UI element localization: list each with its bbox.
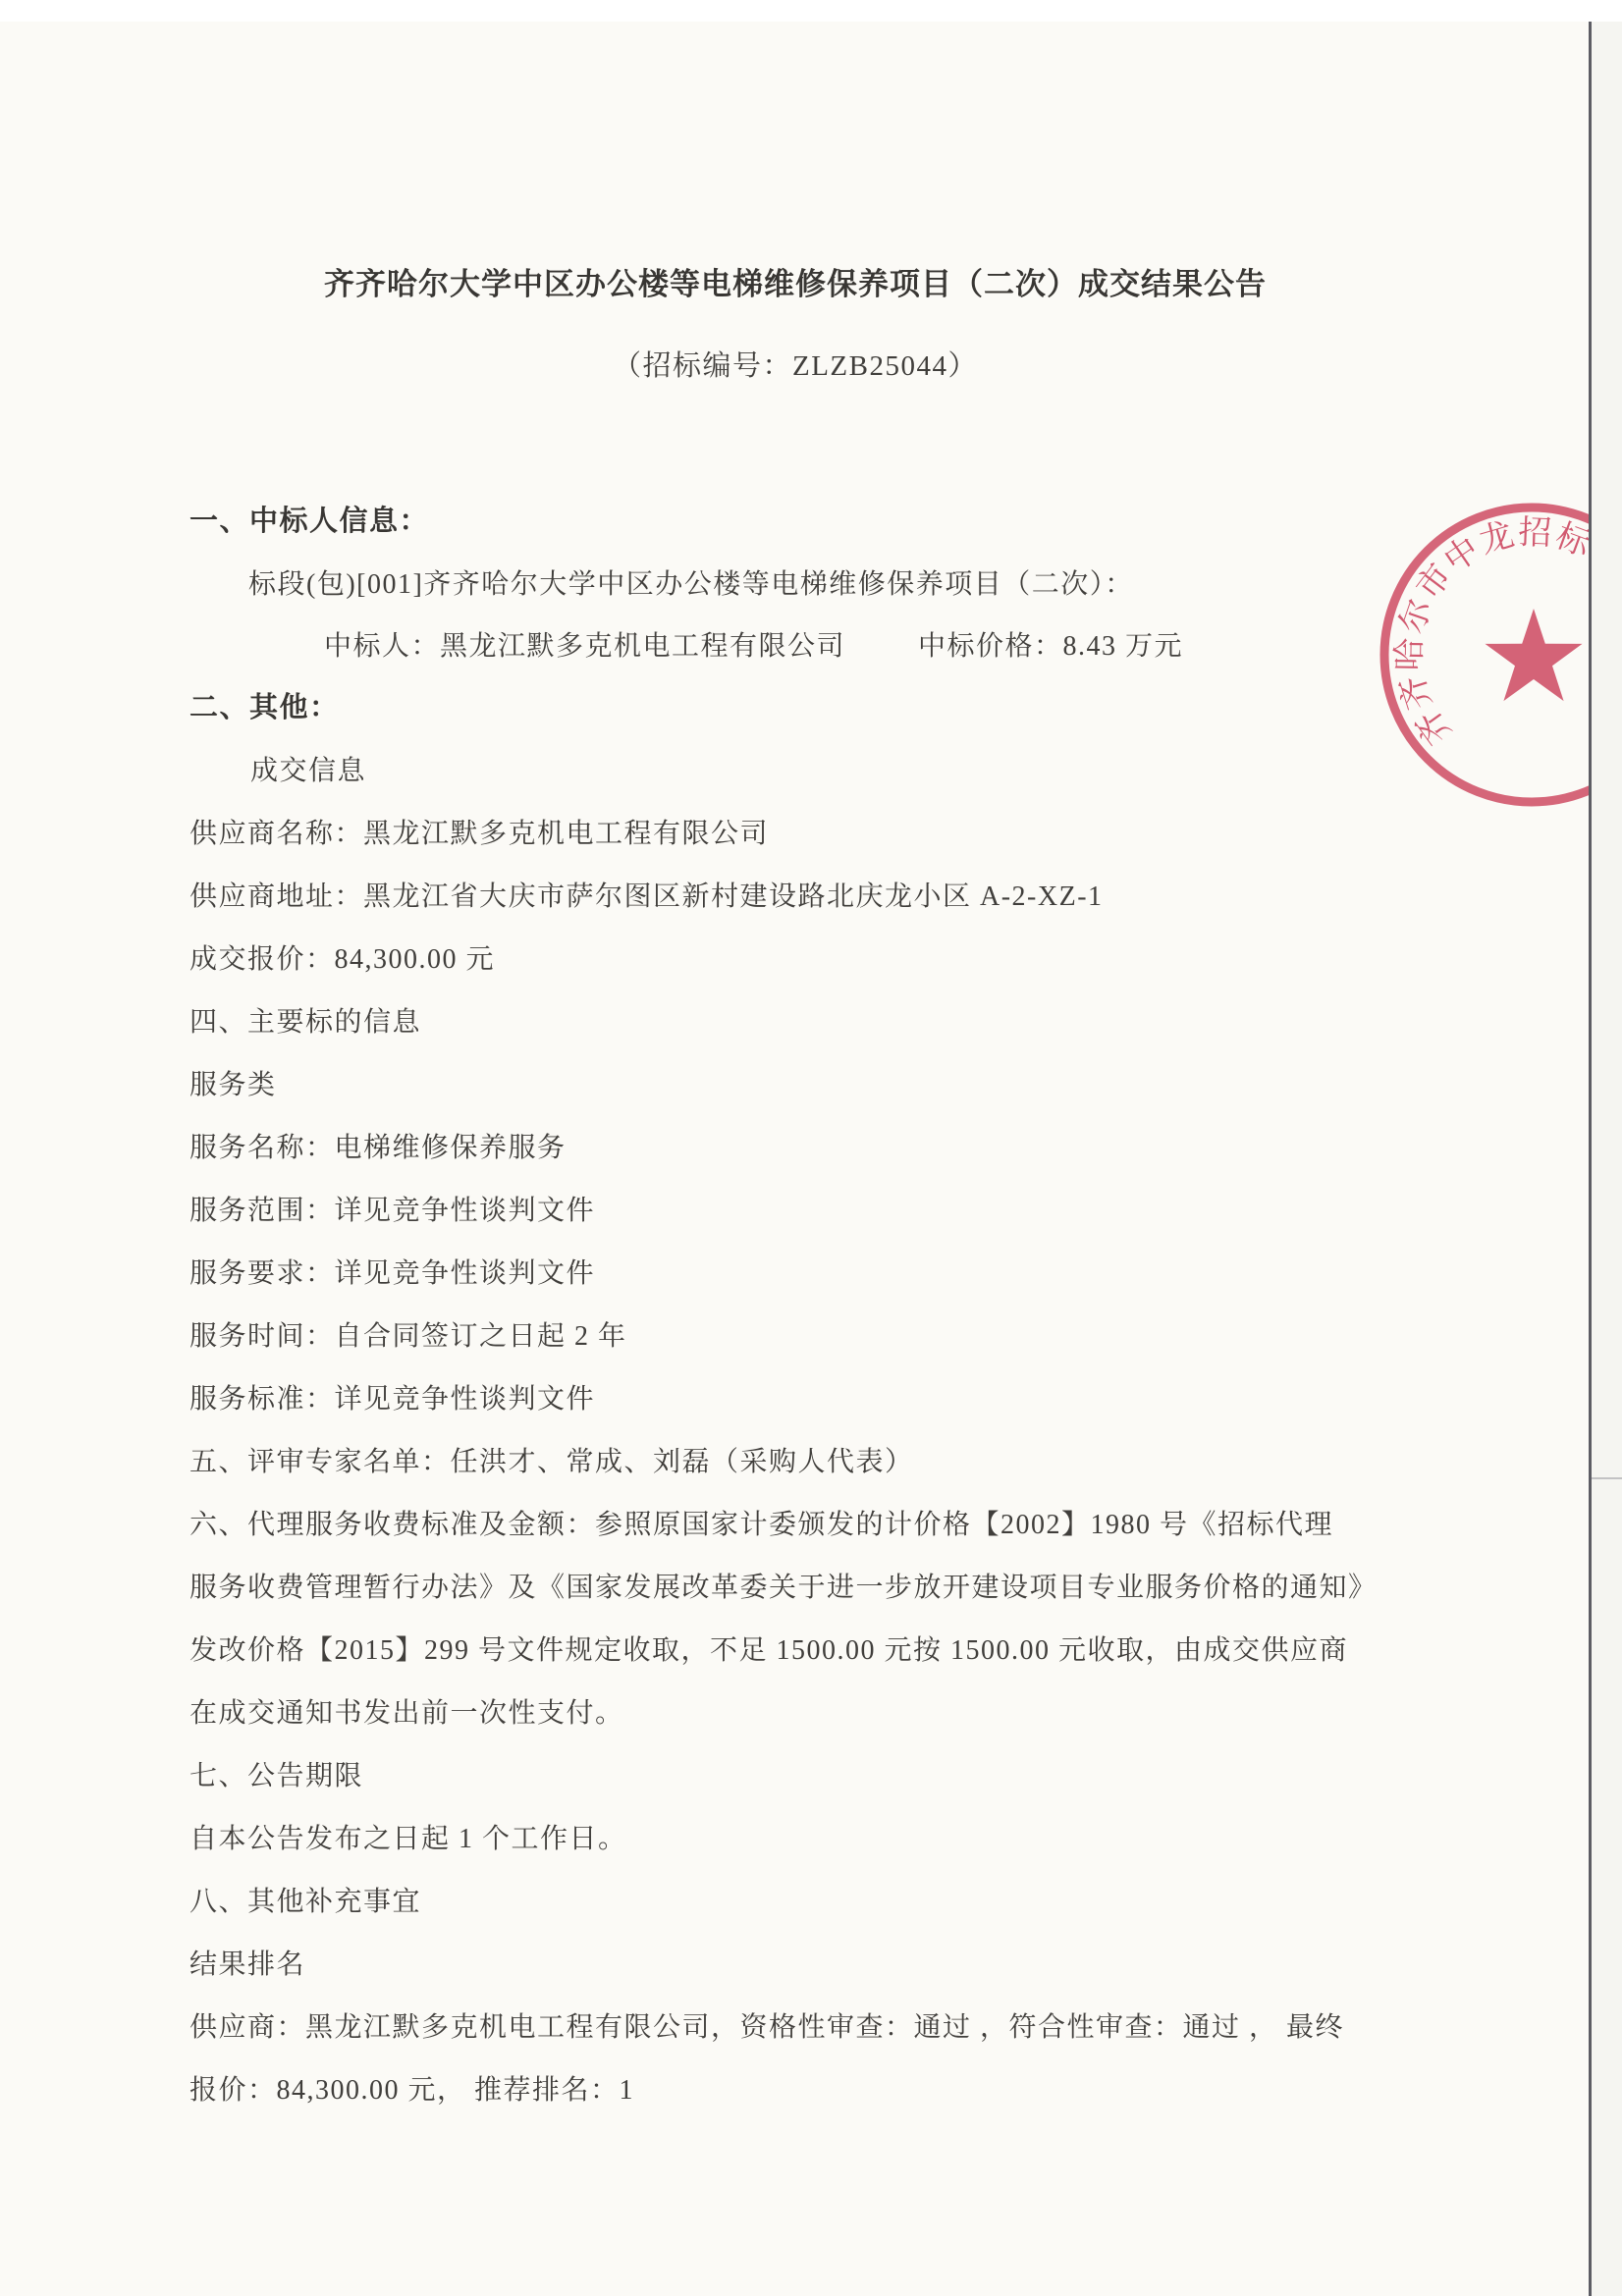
result-ranking-label: 结果排名 bbox=[189, 1943, 305, 1982]
result-line2: 报价：84,300.00 元， 推荐排名：1 bbox=[189, 2068, 634, 2108]
service-name: 服务名称：电梯维修保养服务 bbox=[189, 1126, 567, 1165]
section6-line3: 发改价格【2015】299 号文件规定收取，不足 1500.00 元按 1500… bbox=[189, 1629, 1348, 1668]
deal-price: 成交报价：84,300.00 元 bbox=[189, 937, 495, 977]
seal-star-icon bbox=[1486, 609, 1583, 701]
section4-heading: 四、主要标的信息 bbox=[189, 1000, 421, 1040]
service-time: 服务时间：自合同签订之日起 2 年 bbox=[189, 1314, 627, 1354]
paper-background: 齐齐哈尔市中龙招标代理有限公司 齐齐哈尔大学中区办公楼等电梯维修保养项目（二次）… bbox=[0, 22, 1591, 2296]
service-requirements: 服务要求：详见竞争性谈判文件 bbox=[189, 1252, 595, 1291]
section7-body: 自本公告发布之日起 1 个工作日。 bbox=[189, 1817, 627, 1856]
section2-heading: 二、其他： bbox=[189, 685, 340, 725]
section6-line1: 六、代理服务收费标准及金额：参照原国家计委颁发的计价格【2002】1980 号《… bbox=[189, 1503, 1333, 1542]
supplier-name: 供应商名称：黑龙江默多克机电工程有限公司 bbox=[189, 812, 769, 851]
service-category: 服务类 bbox=[189, 1063, 277, 1102]
section1-heading: 一、中标人信息： bbox=[189, 499, 429, 539]
supplier-address: 供应商地址：黑龙江省大庆市萨尔图区新村建设路北庆龙小区 A-2-XZ-1 bbox=[189, 875, 1104, 914]
result-line1: 供应商：黑龙江默多克机电工程有限公司，资格性审查：通过 ，符合性审查：通过 ， … bbox=[189, 2005, 1344, 2045]
service-standard: 服务标准：详见竞争性谈判文件 bbox=[189, 1377, 595, 1416]
service-scope: 服务范围：详见竞争性谈判文件 bbox=[189, 1189, 595, 1228]
winning-price: 中标价格：8.43 万元 bbox=[918, 624, 1183, 664]
section6-line4: 在成交通知书发出前一次性支付。 bbox=[189, 1691, 624, 1731]
section5-experts: 五、评审专家名单：任洪才、常成、刘磊（采购人代表） bbox=[189, 1440, 914, 1479]
document-title: 齐齐哈尔大学中区办公楼等电梯维修保养项目（二次）成交结果公告 bbox=[191, 259, 1399, 303]
scan-outer-strip bbox=[1592, 22, 1622, 2296]
winner-name: 中标人：黑龙江默多克机电工程有限公司 bbox=[324, 624, 845, 664]
tender-number: （招标编号：ZLZB25044） bbox=[191, 344, 1399, 384]
deal-info-label: 成交信息 bbox=[250, 749, 366, 788]
seal-arc-text: 齐齐哈尔市中龙招标代理有限公司 bbox=[1391, 513, 1591, 758]
scanned-document-page: 齐齐哈尔市中龙招标代理有限公司 齐齐哈尔大学中区办公楼等电梯维修保养项目（二次）… bbox=[0, 0, 1622, 2296]
section8-heading: 八、其他补充事宜 bbox=[189, 1880, 421, 1919]
section7-heading: 七、公告期限 bbox=[189, 1754, 363, 1793]
red-company-seal: 齐齐哈尔市中龙招标代理有限公司 bbox=[1335, 458, 1591, 851]
lot-description: 标段(包)[001]齐齐哈尔大学中区办公楼等电梯维修保养项目（二次）： bbox=[248, 562, 1134, 602]
section6-line2: 服务收费管理暂行办法》及《国家发展改革委关于进一步放开建设项目专业服务价格的通知… bbox=[189, 1566, 1378, 1605]
scan-artifact-line bbox=[1592, 1477, 1622, 1479]
